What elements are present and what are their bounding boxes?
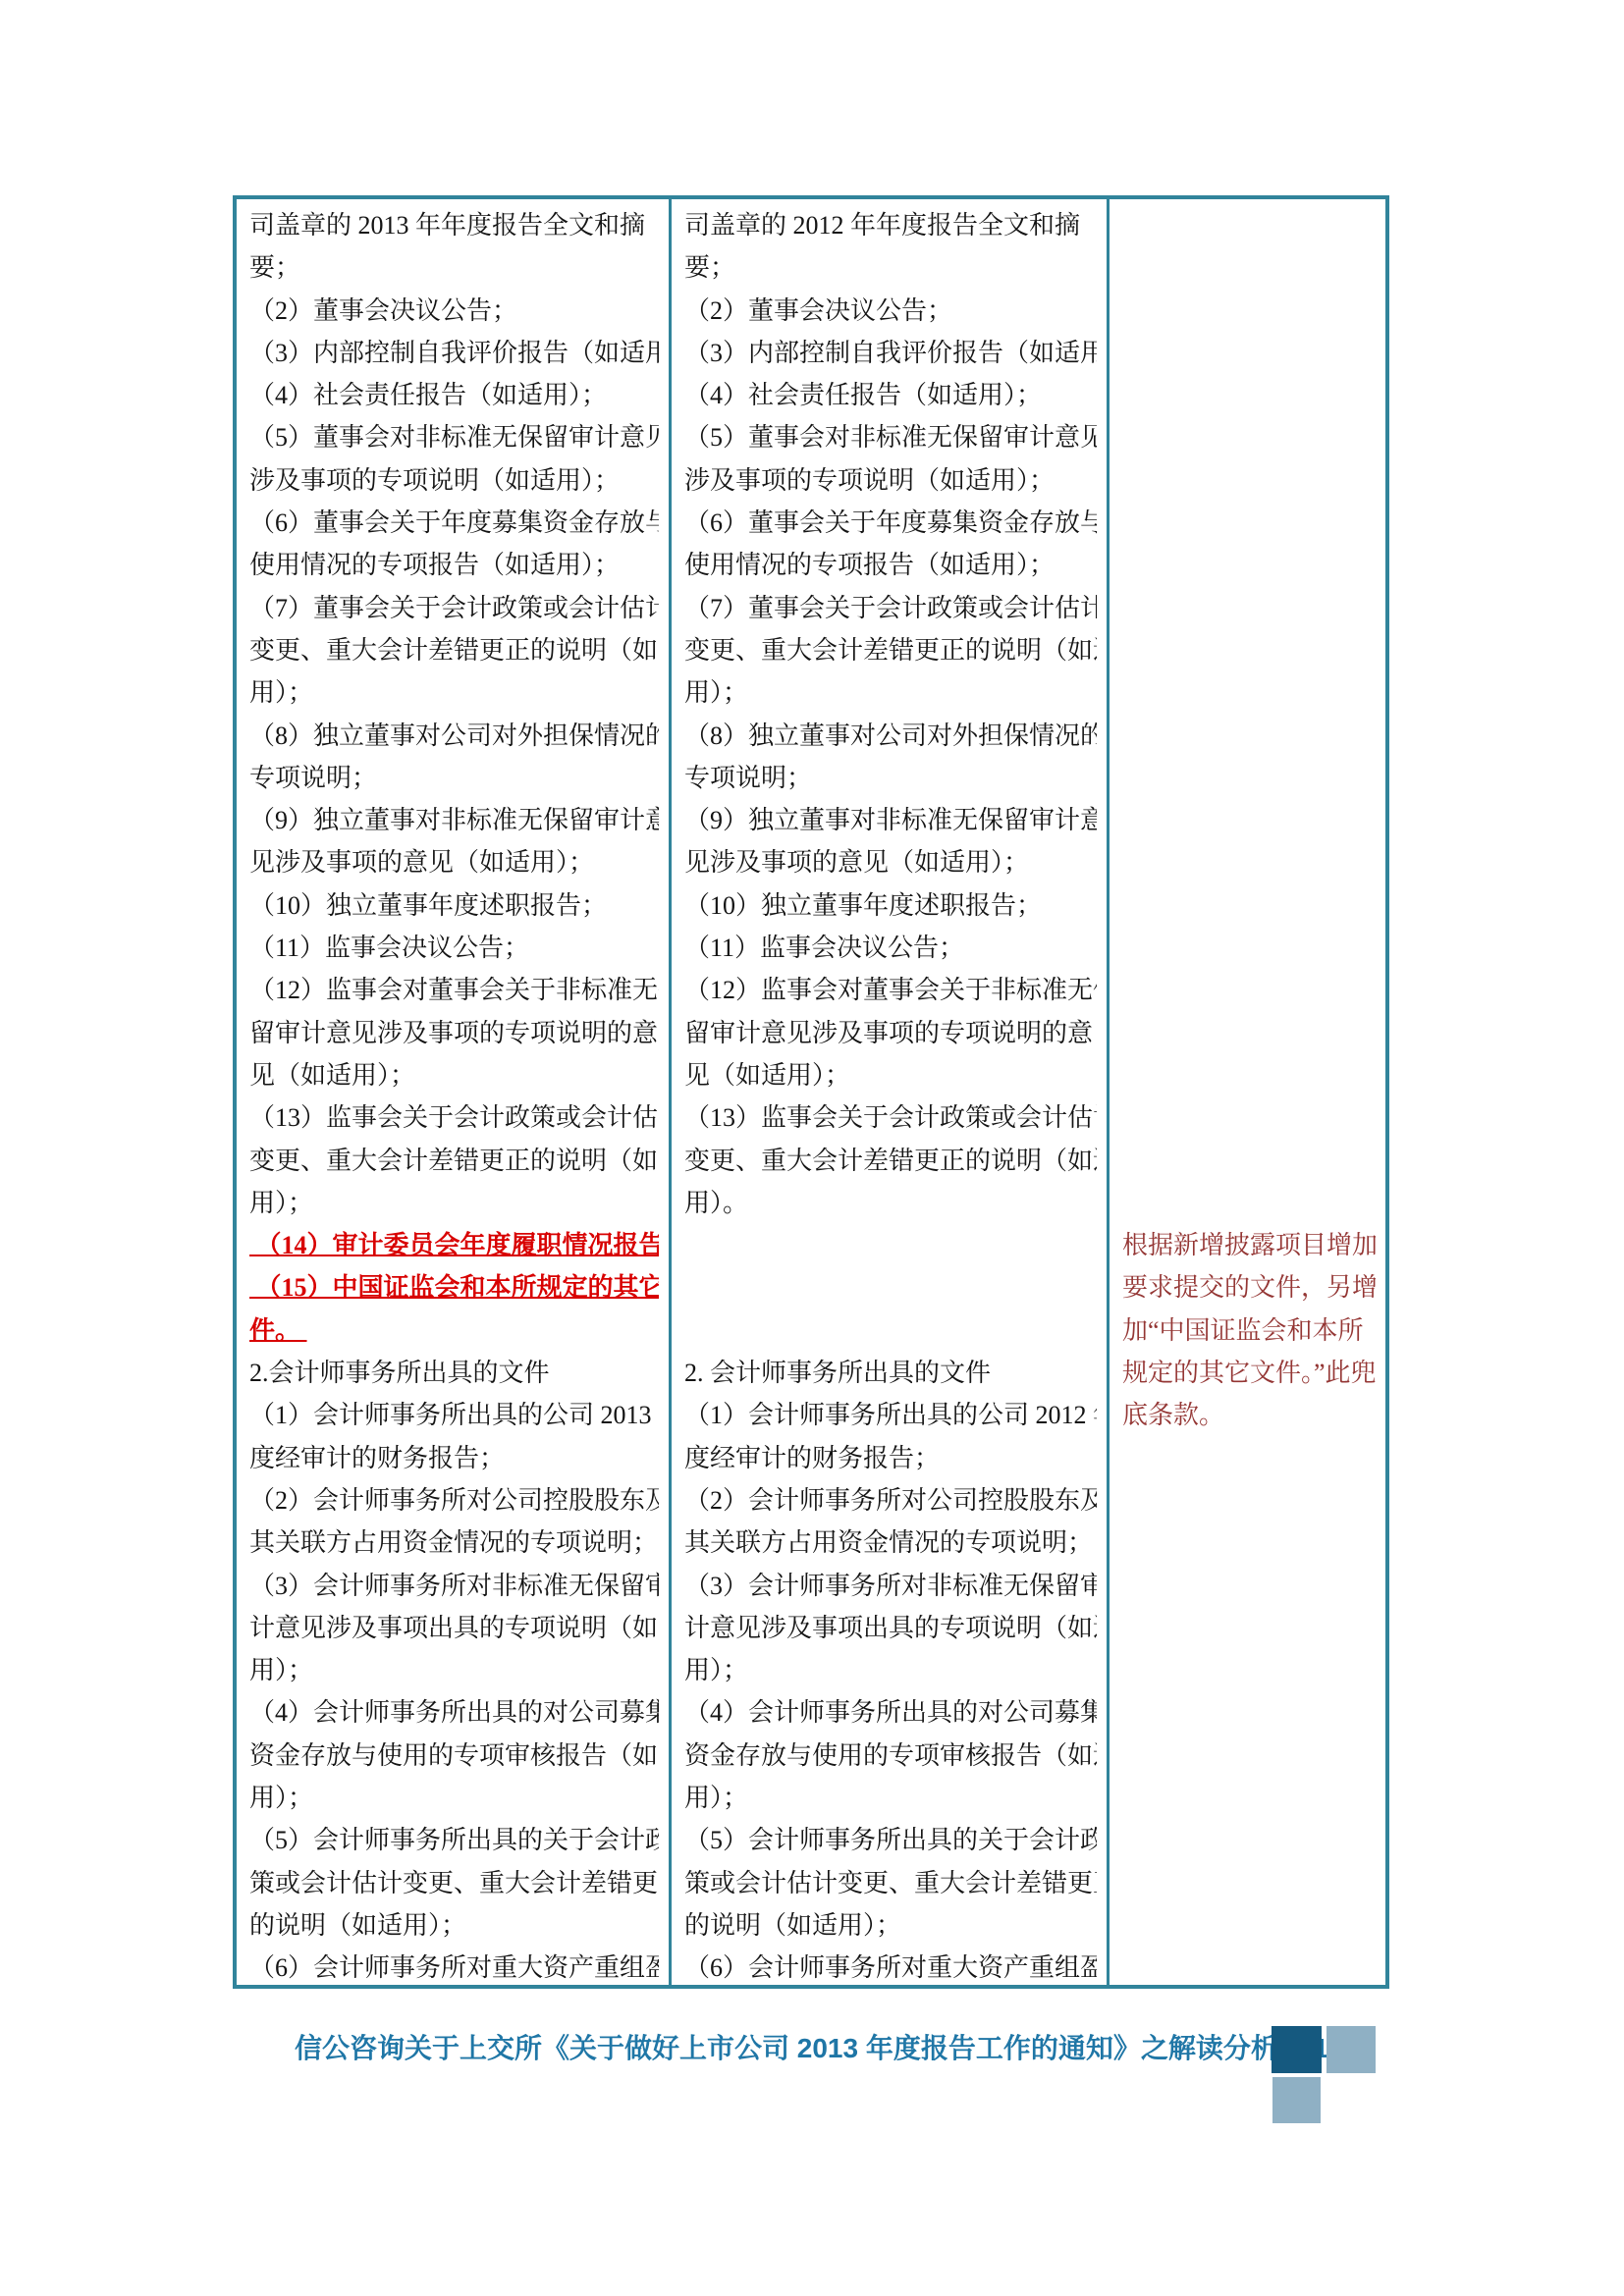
table-text-line: 计意见涉及事项出具的专项说明（如适 bbox=[249, 1607, 659, 1649]
table-text-line: 2. 会计师事务所出具的文件 bbox=[684, 1352, 1097, 1394]
footer: 信公咨询关于上交所《关于做好上市公司 2013 年度报告工作的通知》之解读分析 … bbox=[295, 2032, 1375, 2065]
comparison-table: 司盖章的 2013 年年度报告全文和摘要；（2）董事会决议公告；（3）内部控制自… bbox=[233, 195, 1389, 1989]
footer-decor-light-square-lower bbox=[1272, 2077, 1321, 2123]
table-text-line: 规定的其它文件。”此兜 bbox=[1122, 1352, 1376, 1394]
footer-decor-light-square-right bbox=[1326, 2026, 1376, 2073]
table-text-line: （5）董事会对非标准无保留审计意见 bbox=[249, 416, 659, 458]
table-text-line: （8）独立董事对公司对外担保情况的 bbox=[684, 715, 1097, 757]
table-text-line: （5）会计师事务所出具的关于会计政 bbox=[249, 1819, 659, 1861]
table-text-line: 涉及事项的专项说明（如适用）； bbox=[684, 459, 1097, 502]
table-text-line: （3）内部控制自我评价报告（如适用）； bbox=[249, 332, 659, 374]
table-text-line: 根据新增披露项目增加 bbox=[1122, 1224, 1376, 1266]
column-2012-lines: 司盖章的 2012 年年度报告全文和摘要；（2）董事会决议公告；（3）内部控制自… bbox=[684, 204, 1097, 1985]
table-text-line: 用）； bbox=[684, 671, 1097, 714]
column-2013-lines: 司盖章的 2013 年年度报告全文和摘要；（2）董事会决议公告；（3）内部控制自… bbox=[249, 204, 659, 1985]
table-text-line: （7）董事会关于会计政策或会计估计 bbox=[684, 587, 1097, 629]
table-text-line: 计意见涉及事项出具的专项说明（如适 bbox=[684, 1607, 1097, 1649]
table-text-line: （5）会计师事务所出具的关于会计政 bbox=[684, 1819, 1097, 1861]
table-text-line: 策或会计估计变更、重大会计差错更正 bbox=[249, 1862, 659, 1904]
table-text-line: （12）监事会对董事会关于非标准无保 bbox=[684, 969, 1097, 1011]
table-text-line: 涉及事项的专项说明（如适用）； bbox=[249, 459, 659, 502]
table-text-line bbox=[684, 1309, 1097, 1352]
table-text-line: 变更、重大会计差错更正的说明（如适 bbox=[249, 629, 659, 671]
table-text-line: 专项说明； bbox=[249, 757, 659, 799]
table-text-line: （1）会计师事务所出具的公司 2012 年 bbox=[684, 1394, 1097, 1436]
table-text-line: 留审计意见涉及事项的专项说明的意 bbox=[249, 1012, 659, 1054]
table-text-line: （2）董事会决议公告； bbox=[684, 290, 1097, 332]
table-text-line: 司盖章的 2012 年年度报告全文和摘 bbox=[684, 204, 1097, 246]
added-item-line: （14）审计委员会年度履职情况报告； bbox=[249, 1224, 659, 1266]
table-text-line bbox=[684, 1266, 1097, 1308]
table-text-line: （11）监事会决议公告； bbox=[684, 927, 1097, 969]
table-text-line: 见（如适用）； bbox=[684, 1054, 1097, 1096]
table-text-line: （4）会计师事务所出具的对公司募集 bbox=[684, 1691, 1097, 1734]
footer-decor-dark-square bbox=[1272, 2026, 1322, 2073]
column-2013-requirements: 司盖章的 2013 年年度报告全文和摘要；（2）董事会决议公告；（3）内部控制自… bbox=[237, 199, 672, 1985]
table-text-line: 加“中国证监会和本所 bbox=[1122, 1309, 1376, 1352]
table-text-line: 见涉及事项的意见（如适用）； bbox=[249, 841, 659, 883]
table-text-line: 资金存放与使用的专项审核报告（如适 bbox=[249, 1735, 659, 1777]
table-text-line: 司盖章的 2013 年年度报告全文和摘 bbox=[249, 204, 659, 246]
table-text-line: （7）董事会关于会计政策或会计估计 bbox=[249, 587, 659, 629]
footer-title: 信公咨询关于上交所《关于做好上市公司 2013 年度报告工作的通知》之解读分析 bbox=[295, 2033, 1278, 2063]
table-text-line: （4）社会责任报告（如适用）； bbox=[249, 374, 659, 416]
table-text-line: 要； bbox=[249, 246, 659, 289]
table-text-line: 见（如适用）； bbox=[249, 1054, 659, 1096]
table-text-line: （13）监事会关于会计政策或会计估计 bbox=[684, 1096, 1097, 1139]
table-text-line bbox=[684, 1224, 1097, 1266]
table-text-line: （3）会计师事务所对非标准无保留审 bbox=[249, 1565, 659, 1607]
table-text-line: 度经审计的财务报告； bbox=[249, 1437, 659, 1479]
table-text-line: 留审计意见涉及事项的专项说明的意 bbox=[684, 1012, 1097, 1054]
table-text-line: （6）会计师事务所对重大资产重组盈 bbox=[249, 1947, 659, 1985]
table-text-line: （4）会计师事务所出具的对公司募集 bbox=[249, 1691, 659, 1734]
table-text-line: （10）独立董事年度述职报告； bbox=[684, 884, 1097, 927]
column-2012-requirements: 司盖章的 2012 年年度报告全文和摘要；（2）董事会决议公告；（3）内部控制自… bbox=[672, 199, 1110, 1985]
table-text-line: （9）独立董事对非标准无保留审计意 bbox=[684, 799, 1097, 841]
table-text-line: 的说明（如适用）； bbox=[684, 1904, 1097, 1947]
table-text-line: （8）独立董事对公司对外担保情况的 bbox=[249, 715, 659, 757]
table-text-line: 用）； bbox=[684, 1777, 1097, 1819]
table-text-line: （6）会计师事务所对重大资产重组盈 bbox=[684, 1947, 1097, 1985]
table-text-line: 资金存放与使用的专项审核报告（如适 bbox=[684, 1735, 1097, 1777]
table-text-line: 使用情况的专项报告（如适用）； bbox=[249, 544, 659, 586]
table-text-line: 其关联方占用资金情况的专项说明； bbox=[249, 1522, 659, 1564]
table-text-line: （5）董事会对非标准无保留审计意见 bbox=[684, 416, 1097, 458]
table-text-line: 用）。 bbox=[684, 1182, 1097, 1224]
column-change-notes: 根据新增披露项目增加要求提交的文件，另增加“中国证监会和本所规定的其它文件。”此… bbox=[1110, 199, 1385, 1985]
added-item-line: （15）中国证监会和本所规定的其它文 bbox=[249, 1266, 659, 1308]
added-item-line: 件。 bbox=[249, 1309, 659, 1352]
table-text-line: 用）； bbox=[249, 671, 659, 714]
table-text-line: （4）社会责任报告（如适用）； bbox=[684, 374, 1097, 416]
document-page: 司盖章的 2013 年年度报告全文和摘要；（2）董事会决议公告；（3）内部控制自… bbox=[0, 0, 1624, 2296]
table-text-line: 变更、重大会计差错更正的说明（如适 bbox=[249, 1140, 659, 1182]
table-text-line: 底条款。 bbox=[1122, 1394, 1376, 1436]
table-text-line: （2）会计师事务所对公司控股股东及 bbox=[684, 1479, 1097, 1522]
table-text-line: 策或会计估计变更、重大会计差错更正 bbox=[684, 1862, 1097, 1904]
table-text-line: （3）内部控制自我评价报告（如适用）； bbox=[684, 332, 1097, 374]
table-text-line: 用）； bbox=[249, 1777, 659, 1819]
table-text-line: （11）监事会决议公告； bbox=[249, 927, 659, 969]
table-text-line: 2.会计师事务所出具的文件 bbox=[249, 1352, 659, 1394]
table-text-line: （1）会计师事务所出具的公司 2013 年 bbox=[249, 1394, 659, 1436]
table-text-line: 用）； bbox=[249, 1649, 659, 1691]
table-text-line: （6）董事会关于年度募集资金存放与 bbox=[684, 502, 1097, 544]
table-text-line: （2）董事会决议公告； bbox=[249, 290, 659, 332]
table-text-line: （3）会计师事务所对非标准无保留审 bbox=[684, 1565, 1097, 1607]
table-text-line: 见涉及事项的意见（如适用）； bbox=[684, 841, 1097, 883]
table-text-line: （10）独立董事年度述职报告； bbox=[249, 884, 659, 927]
table-text-line: 要求提交的文件，另增 bbox=[1122, 1266, 1376, 1308]
table-text-line: 其关联方占用资金情况的专项说明； bbox=[684, 1522, 1097, 1564]
table-text-line: 变更、重大会计差错更正的说明（如适 bbox=[684, 629, 1097, 671]
table-text-line: （6）董事会关于年度募集资金存放与 bbox=[249, 502, 659, 544]
table-text-line: 使用情况的专项报告（如适用）； bbox=[684, 544, 1097, 586]
change-notes-annotation: 根据新增披露项目增加要求提交的文件，另增加“中国证监会和本所规定的其它文件。”此… bbox=[1122, 1224, 1376, 1436]
table-text-line: 的说明（如适用）； bbox=[249, 1904, 659, 1947]
table-text-line: （13）监事会关于会计政策或会计估计 bbox=[249, 1096, 659, 1139]
table-text-line: 变更、重大会计差错更正的说明（如适 bbox=[684, 1140, 1097, 1182]
table-text-line: （12）监事会对董事会关于非标准无保 bbox=[249, 969, 659, 1011]
table-text-line: （2）会计师事务所对公司控股股东及 bbox=[249, 1479, 659, 1522]
table-text-line: 要； bbox=[684, 246, 1097, 289]
table-text-line: 专项说明； bbox=[684, 757, 1097, 799]
table-text-line: 用）； bbox=[249, 1182, 659, 1224]
table-text-line: 度经审计的财务报告； bbox=[684, 1437, 1097, 1479]
table-text-line: 用）； bbox=[684, 1649, 1097, 1691]
table-text-line: （9）独立董事对非标准无保留审计意 bbox=[249, 799, 659, 841]
